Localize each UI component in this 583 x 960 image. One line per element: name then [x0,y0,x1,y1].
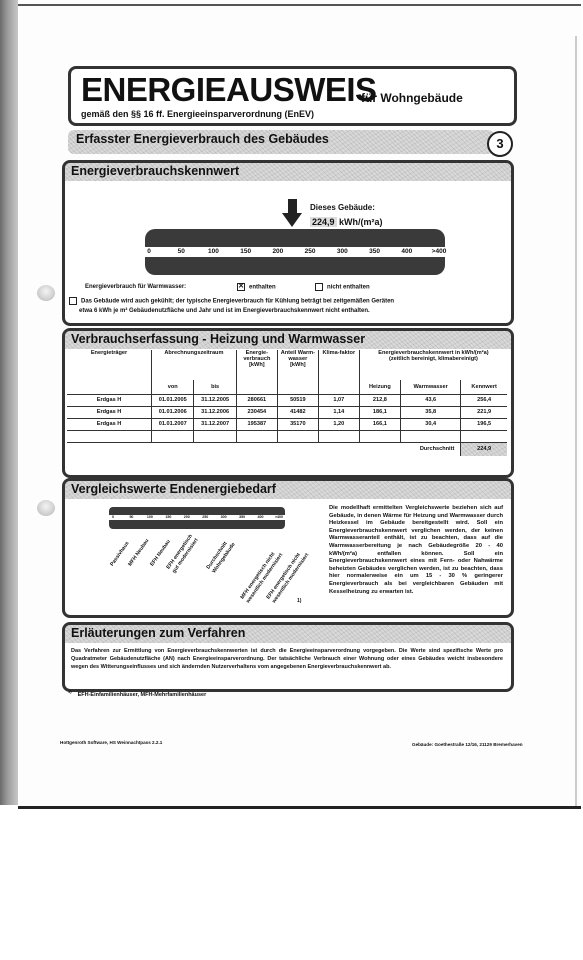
punch-hole [37,285,55,301]
cell-energy: 230454 [236,406,277,418]
cell-ww: 35170 [277,418,318,430]
comparison-label: Durchschnitt Wohngebäude [206,538,238,575]
section-title: Erfasster Energieverbrauch des Gebäudes [68,130,494,154]
cell-carrier: Erdgas H [67,406,152,418]
th-ww-share: Anteil Warm-wasser [kWh] [277,350,318,394]
kennwert-box: Energieverbrauchskennwert Dieses Gebäude… [62,160,514,326]
kennwert-unit: kWh/(m²a) [339,217,383,227]
cell-to [194,430,236,442]
arrow-stem [288,199,297,213]
cooling-note: Das Gebäude wird auch gekühlt; der typis… [69,297,499,316]
punch-hole [37,500,55,516]
cell-from [152,430,194,442]
scale-tick: 300 [221,515,227,519]
page-number-badge: 3 [487,131,513,157]
legal-basis: gemäß den §§ 16 ff. Energieeinsparverord… [81,109,314,119]
cell-energy: 280661 [236,394,277,406]
cell-carrier: Erdgas H [67,418,152,430]
scale-tick: 150 [165,515,171,519]
comparison-label: MFH Neubau [127,538,151,568]
th-to: bis [194,380,236,394]
kennwert-scale: 050100150200250300350400>400 [145,229,445,275]
th-value: Kennwert [461,380,507,394]
cell-heating [359,430,400,442]
th-warmwater: Warmwasser [400,380,460,394]
th-energy: Energie-verbrauch [kWh] [236,350,277,394]
scale-tick: 400 [401,248,412,255]
scale-tick: 100 [208,248,219,255]
cell-carrier [67,430,152,442]
explanation-title: Erläuterungen zum Verfahren [65,625,511,643]
cell-climate [318,430,359,442]
cell-warmwater [400,430,460,442]
cell-value: 196,5 [461,418,507,430]
cell-ww: 41482 [277,406,318,418]
cell-from: 01.01.2007 [152,418,194,430]
cell-value: 221,9 [461,406,507,418]
document-subtitle: für Wohngebäude [361,91,463,105]
checkbox-cooling[interactable] [69,297,77,305]
warmwater-row: Energieverbrauch für Warmwasser: ✕enthal… [85,283,505,292]
cell-from: 01.01.2005 [152,394,194,406]
cell-to: 31.12.2005 [194,394,236,406]
comparison-scale: 050100150200250300350400>400 [109,507,285,529]
cell-value [461,430,507,442]
cell-climate: 1,14 [318,406,359,418]
consumption-box: Verbrauchserfassung - Heizung und Warmwa… [62,328,514,478]
th-carrier: Energieträger [67,350,152,394]
scale-tick: 350 [239,515,245,519]
table-row: Erdgas H01.01.200531.12.2005280661505191… [67,394,507,406]
checkbox-included[interactable]: ✕ [237,283,245,291]
footer-right: Gebäude: Goethestraße 12/16, 21129 Breme… [412,742,523,747]
header-box: ENERGIEAUSWEIS für Wohngebäude gemäß den… [68,66,517,126]
cell-warmwater: 43,6 [400,394,460,406]
cell-carrier: Erdgas H [67,394,152,406]
footer-left: Hottgenroth Software, HS Weinnachtpass 2… [60,740,162,745]
average-label: Durchschnitt [67,442,461,456]
consumption-table: Energieträger Abrechnungszeitraum Energi… [67,350,507,456]
checkbox-not-included[interactable] [315,283,323,291]
scale-tick: 150 [240,248,251,255]
scale-tick: 0 [112,515,114,519]
consumption-title: Verbrauchserfassung - Heizung und Warmwa… [65,331,511,349]
warmwater-label: Energieverbrauch für Warmwasser: [85,284,186,290]
explanation-text: Das Verfahren zur Ermittlung von Energie… [71,647,503,671]
cell-from: 01.01.2006 [152,406,194,418]
scale-tick: 250 [305,248,316,255]
cell-energy: 195387 [236,418,277,430]
scale-tick: 250 [202,515,208,519]
building-label: Dieses Gebäude: [310,203,375,212]
scale-tick: 50 [129,515,133,519]
table-row [67,430,507,442]
cell-ww: 50519 [277,394,318,406]
cell-energy [236,430,277,442]
th-climate: Klima-faktor [318,350,359,394]
cell-heating: 212,8 [359,394,400,406]
cell-warmwater: 35,8 [400,406,460,418]
table-row: Erdgas H01.01.200631.12.2006230454414821… [67,406,507,418]
cell-value: 256,4 [461,394,507,406]
document-title: ENERGIEAUSWEIS [81,71,377,109]
explanation-box: Erläuterungen zum Verfahren Das Verfahre… [62,622,514,692]
th-kennwert: Energieverbrauchskennwert in kWh/(m²a)(z… [359,350,507,380]
table-row: Erdgas H01.01.200731.12.2007195387351701… [67,418,507,430]
option-not-included[interactable]: nicht enthalten [315,283,370,293]
scale-tick: 400 [258,515,264,519]
cell-heating: 166,1 [359,418,400,430]
option-included[interactable]: ✕enthalten [237,283,276,293]
comparison-footnote-mark: 1) [297,598,301,604]
comparison-title: Vergleichswerte Endenergiebedarf [65,481,511,499]
scale-tick: 350 [369,248,380,255]
scale-tick: 200 [272,248,283,255]
position-arrow-icon [282,213,302,227]
kennwert-value: 224,9 [310,217,337,227]
scale-tick: >400 [275,515,283,519]
building-value: 224,9 kWh/(m²a) [310,217,383,227]
cell-climate: 1,20 [318,418,359,430]
cell-heating: 186,1 [359,406,400,418]
cell-to: 31.12.2006 [194,406,236,418]
page-edge [575,36,577,806]
scale-tick: 300 [337,248,348,255]
average-value: 224,9 [461,442,507,456]
cell-to: 31.12.2007 [194,418,236,430]
cell-climate: 1,07 [318,394,359,406]
scale-tick: 100 [147,515,153,519]
cell-ww [277,430,318,442]
comparison-text: Die modellhaft ermittelten Vergleichswer… [329,505,503,596]
th-from: von [152,380,194,394]
scale-tick: 50 [178,248,185,255]
scanner-edge [0,0,18,805]
scale-tick: 0 [147,248,151,255]
comparison-box: Vergleichswerte Endenergiebedarf 0501001… [62,478,514,618]
cell-warmwater: 30,4 [400,418,460,430]
th-heating: Heizung [359,380,400,394]
explanation-footnote: 1)EFH-Einfamilienhäuser, MFH-Mehrfamilie… [68,689,206,698]
kennwert-title: Energieverbrauchskennwert [65,163,511,181]
scale-tick: >400 [432,248,447,255]
th-period: Abrechnungszeitraum [152,350,237,380]
scale-tick: 200 [184,515,190,519]
comparison-label: EFH energetisch gut modernisiert [166,533,201,575]
